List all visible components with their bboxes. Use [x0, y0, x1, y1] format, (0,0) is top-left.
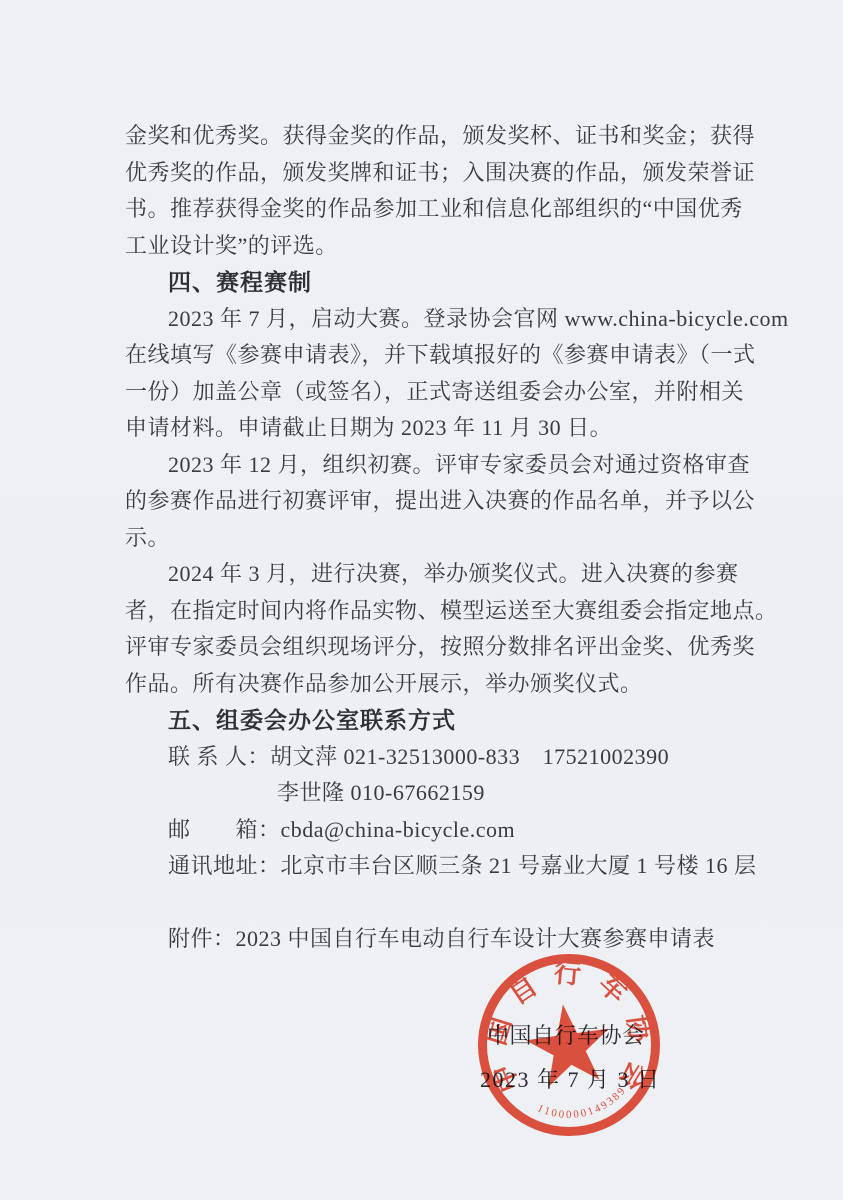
body-line: 金奖和优秀奖。获得金奖的作品，颁发奖杯、证书和奖金；获得 — [125, 118, 725, 155]
body-line: 的参赛作品进行初赛评审，提出进入决赛的作品名单，并予以公 — [125, 483, 725, 520]
body-line: 2024 年 3 月，进行决赛，举办颁奖仪式。进入决赛的参赛 — [125, 556, 725, 593]
section-heading-4: 四、赛程赛制 — [125, 264, 725, 301]
body-line: 工业设计奖”的评选。 — [125, 228, 725, 265]
body-line: 一份）加盖公章（或签名），正式寄送组委会办公室，并附相关 — [125, 374, 725, 411]
body-line: 评审专家委员会组织现场评分，按照分数排名评出金奖、优秀奖 — [125, 629, 725, 666]
contact-person-line: 联 系 人：胡文萍 021-32513000-833 17521002390 — [125, 739, 725, 776]
body-line: 申请材料。申请截止日期为 2023 年 11 月 30 日。 — [125, 410, 725, 447]
document-page: 金奖和优秀奖。获得金奖的作品，颁发奖杯、证书和奖金；获得 优秀奖的作品，颁发奖牌… — [0, 0, 843, 1200]
body-line: 者，在指定时间内将作品实物、模型运送至大赛组委会指定地点。 — [125, 593, 725, 630]
blank-line — [125, 885, 725, 922]
section-heading-5: 五、组委会办公室联系方式 — [125, 702, 725, 739]
body-line: 优秀奖的作品，颁发奖牌和证书；入围决赛的作品，颁发荣誉证 — [125, 155, 725, 192]
issue-date: 2023 年 7 月 3 日 — [480, 1063, 661, 1094]
body-line: 在线填写《参赛申请表》，并下载填报好的《参赛申请表》（一式 — [125, 337, 725, 374]
body-line: 书。推荐获得金奖的作品参加工业和信息化部组织的“中国优秀 — [125, 191, 725, 228]
body-line: 作品。所有决赛作品参加公开展示，举办颁奖仪式。 — [125, 666, 725, 703]
issuer-name: 中国自行车协会 — [487, 1019, 645, 1050]
contact-address-line: 通讯地址：北京市丰台区顺三条 21 号嘉业大厦 1 号楼 16 层 — [125, 848, 725, 885]
contact-person-line-2: 李世隆 010-67662159 — [125, 775, 725, 812]
body-line: 2023 年 12 月，组织初赛。评审专家委员会对通过资格审查 — [125, 447, 725, 484]
body-line: 示。 — [125, 520, 725, 557]
document-body: 金奖和优秀奖。获得金奖的作品，颁发奖杯、证书和奖金；获得 优秀奖的作品，颁发奖牌… — [125, 118, 725, 958]
contact-email-line: 邮 箱：cbda@china-bicycle.com — [125, 812, 725, 849]
body-line: 2023 年 7 月，启动大赛。登录协会官网 www.china-bicycle… — [125, 301, 725, 338]
